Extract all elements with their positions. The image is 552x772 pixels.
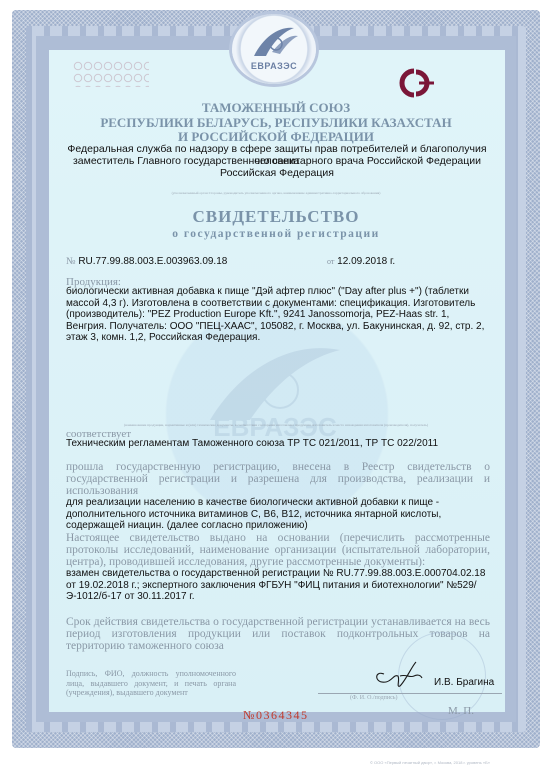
evrazes-label: ЕВРАЗЭС (232, 61, 316, 71)
signer-name: И.В. Брагина (434, 677, 494, 688)
sanitary-epidemiological-mark-icon (392, 66, 442, 100)
basis-text: взамен свидетельства о государственной р… (66, 568, 490, 603)
handwritten-signature-icon (370, 660, 430, 690)
date-prefix: от (327, 257, 334, 266)
signature-caption: (Ф. И. О./подпись) (350, 695, 397, 701)
usage-text: для реализации населению в качестве биол… (66, 497, 490, 532)
registration-number: RU.77.99.88.003.E.003963.09.18 (78, 256, 227, 267)
agency-line-2: заместитель Главного государственного са… (55, 155, 499, 167)
registration-statement: прошла государственную регистрацию, внес… (66, 461, 490, 497)
certificate-title: СВИДЕТЕЛЬСТВО (60, 207, 492, 227)
customs-union-heading-line-1: ТАМОЖЕННЫЙ СОЮЗ (60, 100, 492, 116)
basis-label: Настоящее свидетельство выдано на основа… (66, 532, 490, 568)
registration-date: 12.09.2018 г. (337, 256, 395, 267)
form-serial-number: №0364345 (243, 708, 308, 723)
signature-label: Подпись, ФИО, должность уполномоченного … (66, 669, 236, 698)
product-caption: (наименование продукции, нормативные и (… (60, 423, 492, 427)
signature-line (318, 693, 502, 694)
seal-place-mark: М. П. (448, 705, 474, 717)
certificate-subtitle: о государственной регистрации (60, 228, 492, 240)
registration-date-row: от 12.09.2018 г. (327, 256, 395, 267)
number-prefix: № (66, 256, 76, 267)
agency-line-3: Российская Федерация (55, 167, 499, 179)
security-lattice-pattern (73, 60, 149, 87)
evrazes-emblem: ЕВРАЗЭС (232, 14, 316, 84)
agency-caption: (уполномоченный орган Стороны, руководит… (60, 191, 492, 195)
compliance-text: Техническим регламентам Таможенного союз… (66, 438, 490, 450)
registration-number-row: № RU.77.99.88.003.E.003963.09.18 (66, 256, 227, 267)
evrazes-swoosh-icon (232, 14, 316, 84)
printer-note: © ООО «Первый печатный двор», г. Москва,… (370, 760, 490, 765)
